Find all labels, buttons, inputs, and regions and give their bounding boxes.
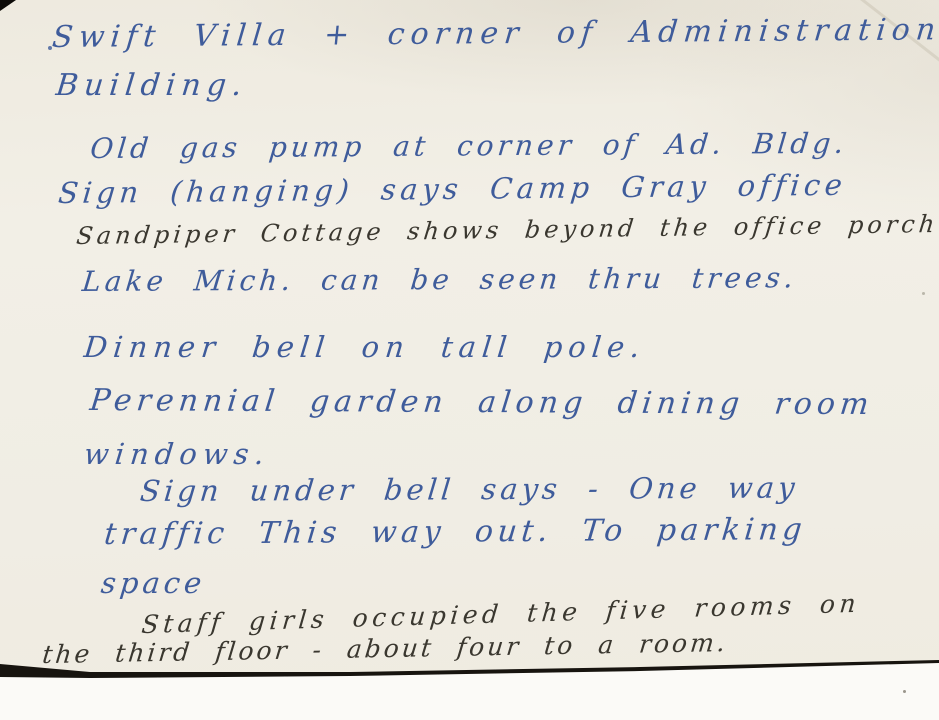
note-line-7: Dinner bell on tall pole.	[82, 330, 647, 364]
note-line-11: traffic This way out. To parking	[103, 512, 808, 552]
note-line-5: Sandpiper Cottage shows beyond the offic…	[75, 210, 939, 250]
paper-speck	[922, 292, 925, 295]
scan-speck	[903, 690, 906, 693]
note-line-4: Sign (hanging) says Camp Gray office	[57, 168, 848, 210]
note-line-8: Perennial garden along dining room	[88, 383, 875, 422]
note-line-12: space	[99, 566, 207, 600]
note-line-2: Building.	[54, 68, 249, 103]
note-line-10: Sign under bell says - One way	[139, 471, 801, 508]
note-line-6: Lake Mich. can be seen thru trees.	[81, 261, 799, 298]
notepaper: Swift Villa + corner of Administration B…	[0, 0, 939, 720]
note-line-9: windows.	[82, 437, 271, 471]
scanned-handwritten-note: Swift Villa + corner of Administration B…	[0, 0, 939, 720]
note-line-3: Old gas pump at corner of Ad. Bldg.	[89, 127, 849, 165]
ink-speck	[48, 46, 52, 50]
note-line-1: Swift Villa + corner of Administration	[51, 12, 939, 55]
